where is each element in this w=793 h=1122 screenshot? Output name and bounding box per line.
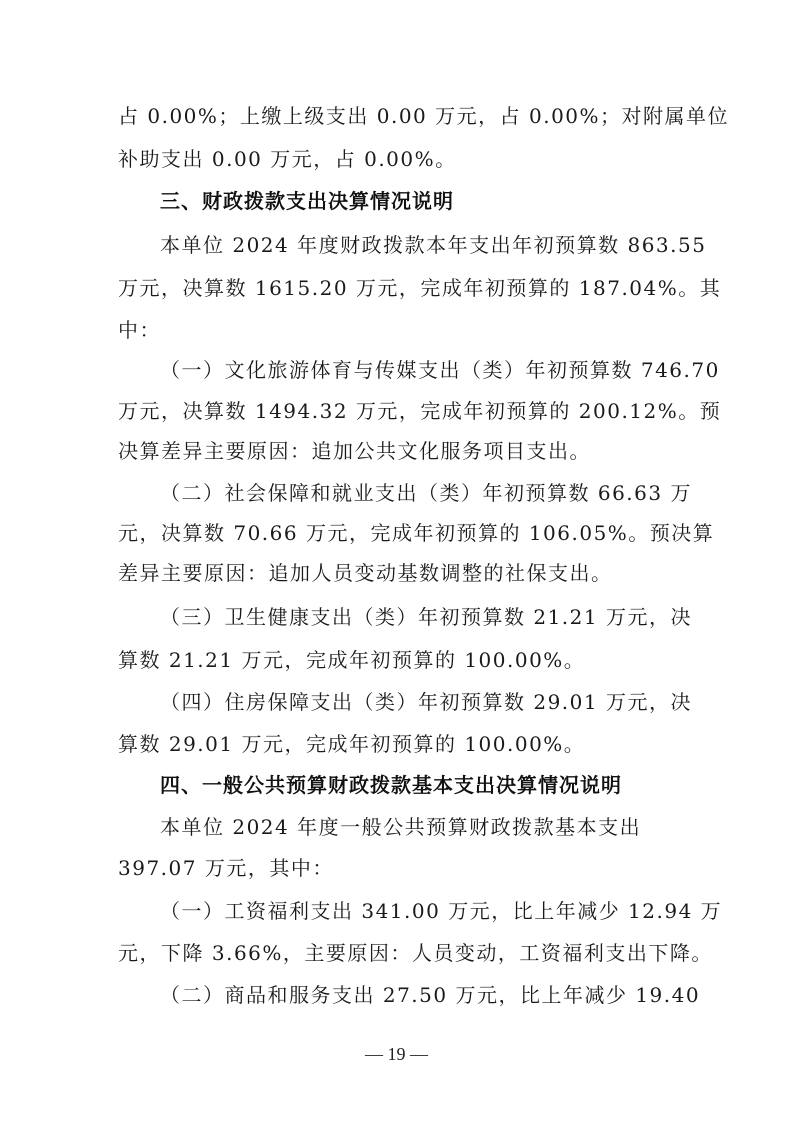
body-line: 算数 21.21 万元，完成年初预算的 100.00%。 [118, 648, 678, 672]
section-heading-3: 三、财政拨款支出决算情况说明 [160, 189, 454, 213]
page-number: — 19 — [0, 1043, 793, 1065]
body-line: 万元，决算数 1615.20 万元，完成年初预算的 187.04%。其 [118, 276, 678, 300]
section-heading-4: 四、一般公共预算财政拨款基本支出决算情况说明 [160, 773, 622, 797]
body-line: 本单位 2024 年度一般公共预算财政拨款基本支出 [160, 815, 678, 839]
body-line: 差异主要原因：追加人员变动基数调整的社保支出。 [118, 561, 678, 585]
body-line: 决算差异主要原因：追加公共文化服务项目支出。 [118, 439, 678, 463]
body-line: 中： [118, 318, 678, 342]
body-line: （一）文化旅游体育与传媒支出（类）年初预算数 746.70 [160, 358, 678, 382]
body-line: 元，下降 3.66%，主要原因：人员变动，工资福利支出下降。 [118, 941, 678, 965]
body-line: （一）工资福利支出 341.00 万元，比上年减少 12.94 万 [160, 899, 678, 923]
body-line: 本单位 2024 年度财政拨款本年支出年初预算数 863.55 [160, 233, 678, 257]
body-line: 元，决算数 70.66 万元，完成年初预算的 106.05%。预决算 [118, 521, 678, 545]
body-line: （二）商品和服务支出 27.50 万元，比上年减少 19.40 [160, 983, 678, 1007]
body-line: 补助支出 0.00 万元，占 0.00%。 [118, 147, 678, 171]
body-line: （二）社会保障和就业支出（类）年初预算数 66.63 万 [160, 481, 678, 505]
body-line: （四）住房保障支出（类）年初预算数 29.01 万元，决 [160, 690, 678, 714]
body-line: 算数 29.01 万元，完成年初预算的 100.00%。 [118, 732, 678, 756]
document-page: 占 0.00%；上缴上级支出 0.00 万元，占 0.00%；对附属单位 补助支… [0, 0, 793, 1122]
body-line: 占 0.00%；上缴上级支出 0.00 万元，占 0.00%；对附属单位 [118, 104, 678, 128]
body-line: （三）卫生健康支出（类）年初预算数 21.21 万元，决 [160, 605, 678, 629]
body-line: 397.07 万元，其中： [118, 856, 678, 880]
body-line: 万元，决算数 1494.32 万元，完成年初预算的 200.12%。预 [118, 399, 678, 423]
